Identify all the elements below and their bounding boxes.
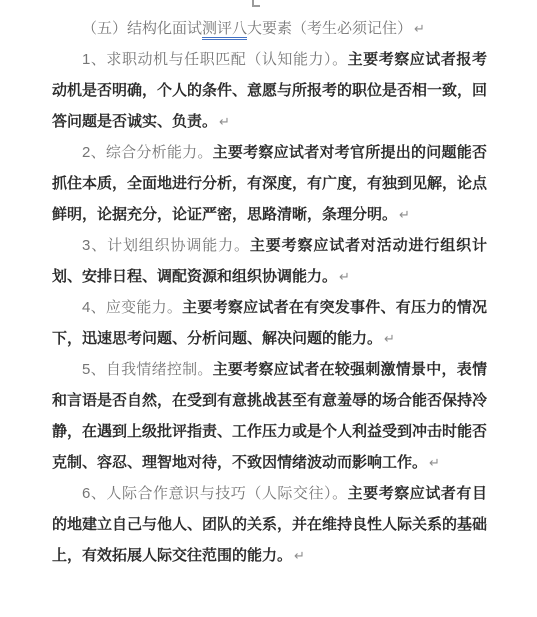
paragraph-mark-icon: ↵ [414,21,425,36]
section-lead: 5、自我情绪控制。 [82,361,213,378]
heading-suffix: 大要素（考生必须记住） [247,20,412,37]
section-lead: 2、综合分析能力。 [82,144,213,161]
section-paragraph-4: 4、应变能力。主要考察应试者在有突发事件、有压力的情况下，迅速思考问题、分析问题… [52,292,487,354]
section-lead: 3、计划组织协调能力。 [82,237,250,254]
section-lead: 1、求职动机与任职匹配（认知能力）。 [82,51,348,68]
paragraph-mark-icon: ↵ [294,548,305,563]
section-paragraph-1: 1、求职动机与任职匹配（认知能力）。主要考察应试者报考动机是否明确，个人的条件、… [52,44,487,137]
section-paragraph-2: 2、综合分析能力。主要考察应试者对考官所提出的问题能否抓住本质，全面地进行分析，… [52,137,487,230]
heading-underlined-phrase: 测评八 [202,20,247,40]
section-paragraph-3: 3、计划组织协调能力。主要考察应试者对活动进行组织计划、安排日程、调配资源和组织… [52,230,487,292]
document-heading: （五）结构化面试测评八大要素（考生必须记住）↵ [52,13,487,44]
paragraph-mark-icon: ↵ [399,207,410,222]
document-page: （五）结构化面试测评八大要素（考生必须记住）↵ 1、求职动机与任职匹配（认知能力… [0,0,537,571]
paragraph-mark-icon: ↵ [219,114,230,129]
section-paragraph-5: 5、自我情绪控制。主要考察应试者在较强刺激情景中，表情和言语是否自然，在受到有意… [52,354,487,478]
paragraph-mark-icon: ↵ [339,269,350,284]
heading-prefix: （五）结构化面试 [82,20,202,37]
paragraph-mark-icon: ↵ [429,455,440,470]
section-lead: 4、应变能力。 [82,299,182,316]
paragraph-mark-icon: ↵ [384,331,395,346]
section-lead: 6、人际合作意识与技巧（人际交往）。 [82,485,348,502]
clipped-character-fragment [252,0,260,7]
section-paragraph-6: 6、人际合作意识与技巧（人际交往）。主要考察应试者有目的地建立自己与他人、团队的… [52,478,487,571]
